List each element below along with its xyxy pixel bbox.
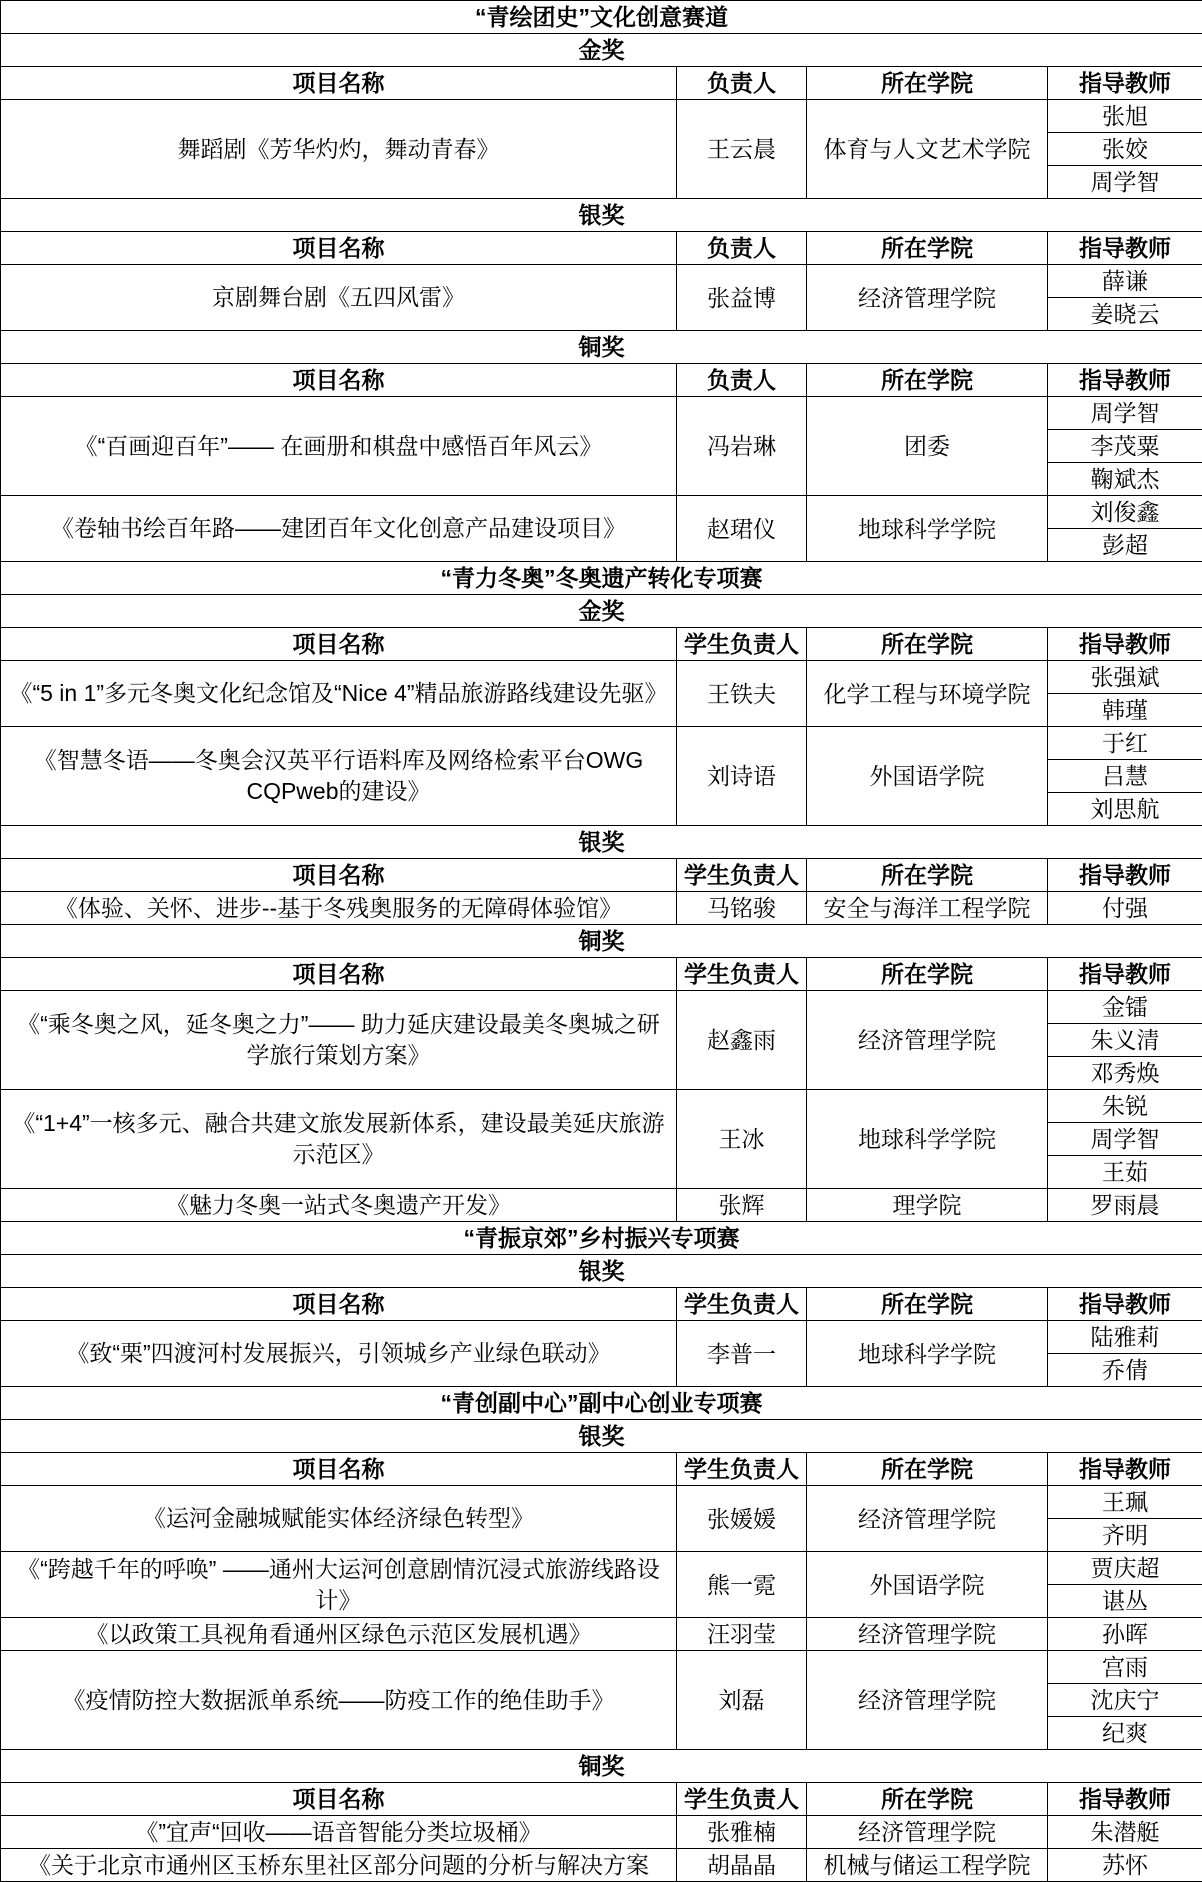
leader-cell: 张益博 (677, 265, 807, 331)
advisor-cell: 宫雨 (1048, 1651, 1202, 1684)
advisor-cell: 姜晓云 (1048, 298, 1202, 331)
advisor-cell: 沈庆宁 (1048, 1684, 1202, 1717)
college-cell: 理学院 (807, 1189, 1048, 1222)
project-name-cell: 《“5 in 1”多元冬奥文化纪念馆及“Nice 4”精品旅游路线建设先驱》 (1, 661, 677, 727)
column-header-college: 所在学院 (807, 1783, 1048, 1816)
college-cell: 地球科学学院 (807, 1090, 1048, 1189)
header-row: 项目名称 学生负责人 所在学院 指导教师 (1, 628, 1202, 661)
header-row: 项目名称 学生负责人 所在学院 指导教师 (1, 1783, 1202, 1816)
header-row: 项目名称 负责人 所在学院 指导教师 (1, 67, 1202, 100)
award-row: 铜奖 (1, 331, 1202, 364)
project-name: 《以政策工具视角看通州区绿色示范区发展机遇》 (2, 1619, 675, 1650)
column-header-leader: 学生负责人 (677, 628, 807, 661)
column-header-advisor: 指导教师 (1048, 364, 1202, 397)
track-title: “青力冬奥”冬奥遗产转化专项赛 (1, 562, 1202, 595)
project-name-cell: 《关于北京市通州区玉桥东里社区部分问题的分析与解决方案 (1, 1849, 677, 1882)
advisor-cell: 薛谦 (1048, 265, 1202, 298)
project-name: 《运河金融城赋能实体经济绿色转型》 (2, 1503, 675, 1534)
column-header-advisor: 指导教师 (1048, 859, 1202, 892)
college-cell: 地球科学学院 (807, 1321, 1048, 1387)
advisor-cell: 朱潜艇 (1048, 1816, 1202, 1849)
column-header-college: 所在学院 (807, 958, 1048, 991)
header-row: 项目名称 负责人 所在学院 指导教师 (1, 232, 1202, 265)
advisor-cell: 付强 (1048, 892, 1202, 925)
track-title: “青振京郊”乡村振兴专项赛 (1, 1222, 1202, 1255)
column-header-advisor: 指导教师 (1048, 1783, 1202, 1816)
project-row: 《疫情防控大数据派单系统——防疫工作的绝佳助手》 刘磊 经济管理学院 宫雨 (1, 1651, 1202, 1684)
project-name-cell: 《以政策工具视角看通州区绿色示范区发展机遇》 (1, 1618, 677, 1651)
column-header-leader: 学生负责人 (677, 958, 807, 991)
advisor-cell: 刘思航 (1048, 793, 1202, 826)
project-name-cell: 《体验、关怀、进步--基于冬残奥服务的无障碍体验馆》 (1, 892, 677, 925)
project-row: 《卷轴书绘百年路——建团百年文化创意产品建设项目》 赵珺仪 地球科学学院 刘俊鑫 (1, 496, 1202, 529)
column-header-project-name: 项目名称 (1, 67, 677, 100)
award-level: 金奖 (1, 595, 1202, 628)
project-name: 《疫情防控大数据派单系统——防疫工作的绝佳助手》 (2, 1685, 675, 1716)
college-cell: 地球科学学院 (807, 496, 1048, 562)
college-cell: 经济管理学院 (807, 1618, 1048, 1651)
column-header-leader: 负责人 (677, 67, 807, 100)
advisor-cell: 韩瑾 (1048, 694, 1202, 727)
project-name: 《智慧冬语——冬奥会汉英平行语料库及网络检索平台OWG CQPweb的建设》 (2, 745, 675, 807)
project-name-cell: 京剧舞台剧《五四风雷》 (1, 265, 677, 331)
advisor-cell: 张旭 (1048, 100, 1202, 133)
project-row: 《“乘冬奥之风，延冬奥之力”—— 助力延庆建设最美冬奥城之研学旅行策划方案》 赵… (1, 991, 1202, 1024)
project-row: 《魅力冬奥一站式冬奥遗产开发》 张辉 理学院 罗雨晨 (1, 1189, 1202, 1222)
award-level: 银奖 (1, 1420, 1202, 1453)
header-row: 项目名称 学生负责人 所在学院 指导教师 (1, 1453, 1202, 1486)
advisor-cell: 彭超 (1048, 529, 1202, 562)
column-header-project-name: 项目名称 (1, 232, 677, 265)
track-title: “青创副中心”副中心创业专项赛 (1, 1387, 1202, 1420)
track-row: “青力冬奥”冬奥遗产转化专项赛 (1, 562, 1202, 595)
leader-cell: 汪羽莹 (677, 1618, 807, 1651)
leader-cell: 张媛媛 (677, 1486, 807, 1552)
project-name-cell: 《“百画迎百年”—— 在画册和棋盘中感悟百年风云》 (1, 397, 677, 496)
column-header-advisor: 指导教师 (1048, 67, 1202, 100)
award-level: 银奖 (1, 826, 1202, 859)
leader-cell: 胡晶晶 (677, 1849, 807, 1882)
leader-cell: 赵珺仪 (677, 496, 807, 562)
advisor-cell: 罗雨晨 (1048, 1189, 1202, 1222)
project-name-cell: 《致“栗”四渡河村发展振兴，引领城乡产业绿色联动》 (1, 1321, 677, 1387)
award-level: 银奖 (1, 1255, 1202, 1288)
column-header-project-name: 项目名称 (1, 1288, 677, 1321)
project-name: 《”宜声“回收——语音智能分类垃圾桶》 (2, 1817, 675, 1848)
award-level: 铜奖 (1, 331, 1202, 364)
project-name: 京剧舞台剧《五四风雷》 (2, 282, 675, 313)
column-header-advisor: 指导教师 (1048, 958, 1202, 991)
project-name-cell: 《智慧冬语——冬奥会汉英平行语料库及网络检索平台OWG CQPweb的建设》 (1, 727, 677, 826)
project-row: 《”宜声“回收——语音智能分类垃圾桶》 张雅楠 经济管理学院 朱潜艇 (1, 1816, 1202, 1849)
column-header-leader: 负责人 (677, 364, 807, 397)
advisor-cell: 谌丛 (1048, 1585, 1202, 1618)
column-header-college: 所在学院 (807, 859, 1048, 892)
advisor-cell: 刘俊鑫 (1048, 496, 1202, 529)
leader-cell: 张雅楠 (677, 1816, 807, 1849)
project-row: 《致“栗”四渡河村发展振兴，引领城乡产业绿色联动》 李普一 地球科学学院 陆雅莉 (1, 1321, 1202, 1354)
project-name-cell: 《运河金融城赋能实体经济绿色转型》 (1, 1486, 677, 1552)
project-name: 《“1+4”一核多元、融合共建文旅发展新体系，建设最美延庆旅游示范区》 (2, 1108, 675, 1170)
college-cell: 外国语学院 (807, 1552, 1048, 1618)
track-title: “青绘团史”文化创意赛道 (1, 1, 1202, 34)
college-cell: 体育与人文艺术学院 (807, 100, 1048, 199)
advisor-cell: 金镭 (1048, 991, 1202, 1024)
project-name-cell: 舞蹈剧《芳华灼灼，舞动青春》 (1, 100, 677, 199)
column-header-college: 所在学院 (807, 1288, 1048, 1321)
college-cell: 经济管理学院 (807, 1486, 1048, 1552)
college-cell: 机械与储运工程学院 (807, 1849, 1048, 1882)
advisor-cell: 孙晖 (1048, 1618, 1202, 1651)
column-header-leader: 学生负责人 (677, 1288, 807, 1321)
column-header-leader: 学生负责人 (677, 859, 807, 892)
header-row: 项目名称 负责人 所在学院 指导教师 (1, 364, 1202, 397)
advisor-cell: 朱锐 (1048, 1090, 1202, 1123)
project-name-cell: 《“1+4”一核多元、融合共建文旅发展新体系，建设最美延庆旅游示范区》 (1, 1090, 677, 1189)
advisor-cell: 周学智 (1048, 397, 1202, 430)
award-level: 银奖 (1, 199, 1202, 232)
column-header-project-name: 项目名称 (1, 1453, 677, 1486)
column-header-college: 所在学院 (807, 67, 1048, 100)
track-row: “青创副中心”副中心创业专项赛 (1, 1387, 1202, 1420)
project-name: 《“跨越千年的呼唤” ——通州大运河创意剧情沉浸式旅游线路设计》 (2, 1554, 675, 1616)
column-header-advisor: 指导教师 (1048, 628, 1202, 661)
advisor-cell: 周学智 (1048, 166, 1202, 199)
award-row: 银奖 (1, 199, 1202, 232)
project-name: 《关于北京市通州区玉桥东里社区部分问题的分析与解决方案 (2, 1850, 675, 1881)
award-row: 铜奖 (1, 925, 1202, 958)
header-row: 项目名称 学生负责人 所在学院 指导教师 (1, 1288, 1202, 1321)
award-level: 铜奖 (1, 1750, 1202, 1783)
project-name-cell: 《卷轴书绘百年路——建团百年文化创意产品建设项目》 (1, 496, 677, 562)
project-row: 《“百画迎百年”—— 在画册和棋盘中感悟百年风云》 冯岩琳 团委 周学智 (1, 397, 1202, 430)
project-row: 《运河金融城赋能实体经济绿色转型》 张媛媛 经济管理学院 王珮 (1, 1486, 1202, 1519)
project-row: 《“5 in 1”多元冬奥文化纪念馆及“Nice 4”精品旅游路线建设先驱》 王… (1, 661, 1202, 694)
project-row: 《关于北京市通州区玉桥东里社区部分问题的分析与解决方案 胡晶晶 机械与储运工程学… (1, 1849, 1202, 1882)
column-header-leader: 学生负责人 (677, 1453, 807, 1486)
advisor-cell: 乔倩 (1048, 1354, 1202, 1387)
leader-cell: 刘诗语 (677, 727, 807, 826)
advisor-cell: 张姣 (1048, 133, 1202, 166)
project-name-cell: 《”宜声“回收——语音智能分类垃圾桶》 (1, 1816, 677, 1849)
project-name: 《致“栗”四渡河村发展振兴，引领城乡产业绿色联动》 (2, 1338, 675, 1369)
project-row: 《体验、关怀、进步--基于冬残奥服务的无障碍体验馆》 马铭骏 安全与海洋工程学院… (1, 892, 1202, 925)
award-row: 金奖 (1, 34, 1202, 67)
header-row: 项目名称 学生负责人 所在学院 指导教师 (1, 859, 1202, 892)
advisor-cell: 于红 (1048, 727, 1202, 760)
project-name: 《“乘冬奥之风，延冬奥之力”—— 助力延庆建设最美冬奥城之研学旅行策划方案》 (2, 1009, 675, 1071)
award-level: 铜奖 (1, 925, 1202, 958)
award-row: 银奖 (1, 1255, 1202, 1288)
advisor-cell: 周学智 (1048, 1123, 1202, 1156)
project-name: 《“百画迎百年”—— 在画册和棋盘中感悟百年风云》 (2, 431, 675, 462)
advisor-cell: 吕慧 (1048, 760, 1202, 793)
college-cell: 经济管理学院 (807, 1816, 1048, 1849)
project-row: 《智慧冬语——冬奥会汉英平行语料库及网络检索平台OWG CQPweb的建设》 刘… (1, 727, 1202, 760)
leader-cell: 刘磊 (677, 1651, 807, 1750)
leader-cell: 王铁夫 (677, 661, 807, 727)
leader-cell: 王云晨 (677, 100, 807, 199)
advisor-cell: 李茂粟 (1048, 430, 1202, 463)
college-cell: 经济管理学院 (807, 991, 1048, 1090)
column-header-leader: 负责人 (677, 232, 807, 265)
column-header-leader: 学生负责人 (677, 1783, 807, 1816)
leader-cell: 张辉 (677, 1189, 807, 1222)
column-header-advisor: 指导教师 (1048, 1453, 1202, 1486)
project-name: 《卷轴书绘百年路——建团百年文化创意产品建设项目》 (2, 513, 675, 544)
advisor-cell: 鞠斌杰 (1048, 463, 1202, 496)
project-row: 《以政策工具视角看通州区绿色示范区发展机遇》 汪羽莹 经济管理学院 孙晖 (1, 1618, 1202, 1651)
leader-cell: 冯岩琳 (677, 397, 807, 496)
column-header-project-name: 项目名称 (1, 1783, 677, 1816)
project-name-cell: 《“跨越千年的呼唤” ——通州大运河创意剧情沉浸式旅游线路设计》 (1, 1552, 677, 1618)
column-header-college: 所在学院 (807, 1453, 1048, 1486)
project-name: 舞蹈剧《芳华灼灼，舞动青春》 (2, 134, 675, 165)
project-row: 《“1+4”一核多元、融合共建文旅发展新体系，建设最美延庆旅游示范区》 王冰 地… (1, 1090, 1202, 1123)
leader-cell: 熊一霓 (677, 1552, 807, 1618)
advisor-cell: 苏怀 (1048, 1849, 1202, 1882)
college-cell: 经济管理学院 (807, 1651, 1048, 1750)
advisor-cell: 邓秀焕 (1048, 1057, 1202, 1090)
award-level: 金奖 (1, 34, 1202, 67)
advisor-cell: 王珮 (1048, 1486, 1202, 1519)
advisor-cell: 张强斌 (1048, 661, 1202, 694)
leader-cell: 赵鑫雨 (677, 991, 807, 1090)
leader-cell: 马铭骏 (677, 892, 807, 925)
college-cell: 团委 (807, 397, 1048, 496)
awards-table: “青绘团史”文化创意赛道 金奖 项目名称 负责人 所在学院 指导教师 舞蹈剧《芳… (0, 0, 1202, 1882)
header-row: 项目名称 学生负责人 所在学院 指导教师 (1, 958, 1202, 991)
project-row: 《“跨越千年的呼唤” ——通州大运河创意剧情沉浸式旅游线路设计》 熊一霓 外国语… (1, 1552, 1202, 1585)
advisor-cell: 纪爽 (1048, 1717, 1202, 1750)
project-name-cell: 《魅力冬奥一站式冬奥遗产开发》 (1, 1189, 677, 1222)
project-name-cell: 《疫情防控大数据派单系统——防疫工作的绝佳助手》 (1, 1651, 677, 1750)
project-name: 《魅力冬奥一站式冬奥遗产开发》 (2, 1190, 675, 1221)
project-name: 《体验、关怀、进步--基于冬残奥服务的无障碍体验馆》 (2, 893, 675, 924)
column-header-project-name: 项目名称 (1, 859, 677, 892)
advisor-cell: 贾庆超 (1048, 1552, 1202, 1585)
award-row: 金奖 (1, 595, 1202, 628)
award-row: 银奖 (1, 826, 1202, 859)
column-header-college: 所在学院 (807, 232, 1048, 265)
advisor-cell: 陆雅莉 (1048, 1321, 1202, 1354)
project-row: 舞蹈剧《芳华灼灼，舞动青春》 王云晨 体育与人文艺术学院 张旭 (1, 100, 1202, 133)
column-header-project-name: 项目名称 (1, 958, 677, 991)
advisor-cell: 齐明 (1048, 1519, 1202, 1552)
project-name-cell: 《“乘冬奥之风，延冬奥之力”—— 助力延庆建设最美冬奥城之研学旅行策划方案》 (1, 991, 677, 1090)
project-row: 京剧舞台剧《五四风雷》 张益博 经济管理学院 薛谦 (1, 265, 1202, 298)
college-cell: 安全与海洋工程学院 (807, 892, 1048, 925)
column-header-advisor: 指导教师 (1048, 1288, 1202, 1321)
column-header-college: 所在学院 (807, 364, 1048, 397)
award-row: 铜奖 (1, 1750, 1202, 1783)
column-header-project-name: 项目名称 (1, 628, 677, 661)
leader-cell: 李普一 (677, 1321, 807, 1387)
column-header-project-name: 项目名称 (1, 364, 677, 397)
college-cell: 外国语学院 (807, 727, 1048, 826)
college-cell: 化学工程与环境学院 (807, 661, 1048, 727)
advisor-cell: 朱义清 (1048, 1024, 1202, 1057)
award-row: 银奖 (1, 1420, 1202, 1453)
project-name: 《“5 in 1”多元冬奥文化纪念馆及“Nice 4”精品旅游路线建设先驱》 (2, 678, 675, 709)
track-row: “青振京郊”乡村振兴专项赛 (1, 1222, 1202, 1255)
leader-cell: 王冰 (677, 1090, 807, 1189)
column-header-college: 所在学院 (807, 628, 1048, 661)
track-row: “青绘团史”文化创意赛道 (1, 1, 1202, 34)
advisor-cell: 王茹 (1048, 1156, 1202, 1189)
column-header-advisor: 指导教师 (1048, 232, 1202, 265)
college-cell: 经济管理学院 (807, 265, 1048, 331)
